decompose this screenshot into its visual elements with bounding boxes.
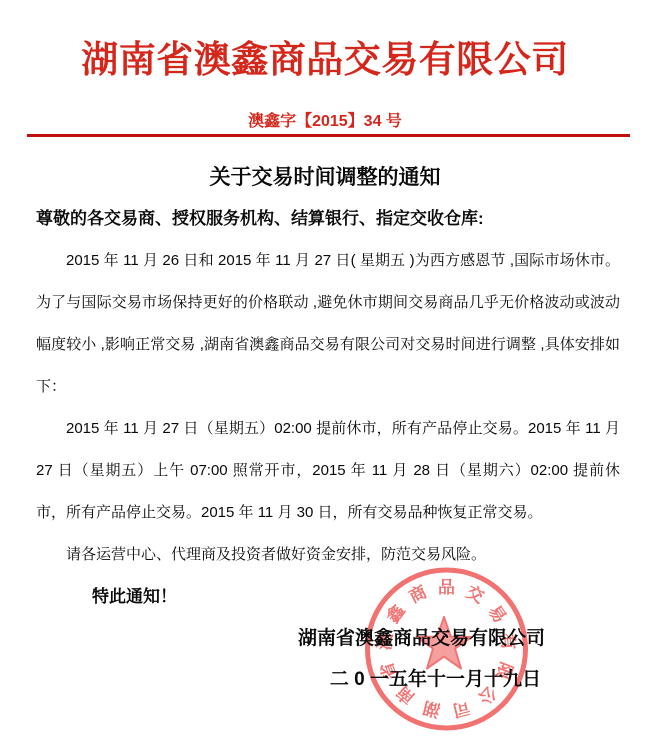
company-title: 湖南省澳鑫商品交易有限公司 <box>0 36 650 84</box>
document-page: { "document": { "company_title": "湖南省澳鑫商… <box>0 0 650 755</box>
svg-text:司: 司 <box>451 697 472 720</box>
signature-date: 二 0 一五年十一月十九日 <box>0 664 541 691</box>
red-divider-rule <box>27 134 630 137</box>
salutation: 尊敬的各交易商、授权服务机构、结算银行、指定交收仓库: <box>36 198 620 240</box>
svg-text:湖: 湖 <box>421 697 442 720</box>
signature-company: 湖南省澳鑫商品交易有限公司 <box>0 623 545 650</box>
notice-title: 关于交易时间调整的通知 <box>0 164 650 192</box>
body-paragraph: 请各运营中心、代理商及投资者做好资金安排，防范交易风险。 <box>36 534 620 576</box>
body-paragraph: 2015 年 11 月 26 日和 2015 年 11 月 27 日( 星期五 … <box>36 240 620 408</box>
notice-body: 尊敬的各交易商、授权服务机构、结算银行、指定交收仓库: 2015 年 11 月 … <box>36 198 620 618</box>
body-paragraph: 2015 年 11 月 27 日（星期五）02:00 提前休市，所有产品停止交易… <box>36 408 620 534</box>
doc-number: 澳鑫字【2015】34 号 <box>0 111 650 133</box>
closing-note: 特此通知！ <box>36 576 620 618</box>
